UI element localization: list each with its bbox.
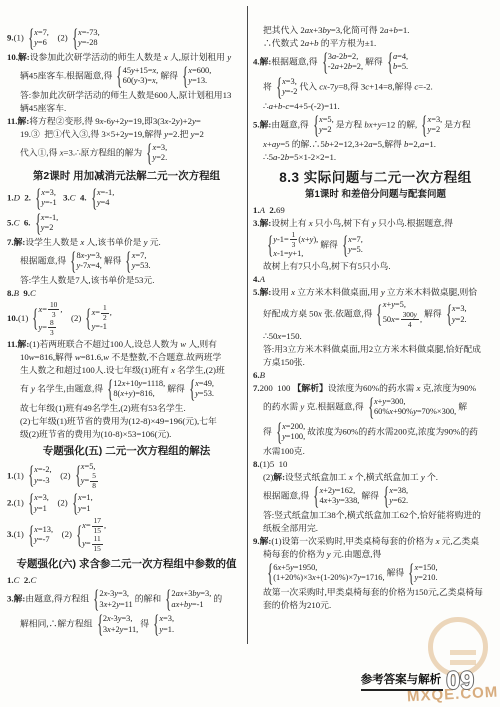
equation-line: y=1115 [82, 535, 106, 553]
equation-system: x=12,y=-1 [82, 304, 112, 333]
text-run: b=5. [393, 62, 408, 71]
text-run: (1) [14, 33, 24, 43]
equation-line: 8x-y=3, [76, 251, 101, 262]
equation-line: x=5, [81, 462, 99, 473]
text-run: 将 [263, 81, 272, 91]
item-label: 2. [7, 498, 14, 508]
text-run: (1)5 10 [260, 459, 288, 469]
item-label: 1. [7, 192, 14, 202]
text-row: 故七年级(1)班有49名学生,(2)班有53名学生. [7, 402, 246, 415]
section-heading: 8.3 实际问题与二元一次方程组 [253, 171, 498, 184]
text-run: (1)设第一次采购时,甲类桌椅每套的价格为 x 元,乙类桌 [271, 536, 479, 546]
text-run: x=49, [195, 379, 214, 388]
equation-system: 45y+15=x,60(y-3)=x, [113, 65, 158, 88]
text-row: 1.D 2.x=3,y=-1 3.C 4.x=-1,y=4 [7, 186, 246, 211]
text-run: (2)七年级(1)班节省的费用为(12-8)×49=196(元),七年 [20, 416, 217, 426]
equation-line: b=5. [393, 62, 408, 73]
equation-line: y=53. [132, 261, 151, 272]
text-run: 的药水需 y 克.根据题意,得 [263, 401, 364, 411]
text-run: 根据题意,得 [271, 57, 317, 67]
text-run: 设用 x 立方米木料做桌面,用 y 立方米木料做桌腿,则恰 [271, 287, 477, 297]
text-run: y=2 [319, 125, 332, 134]
equation-line: 3a-2b=2, [328, 52, 363, 63]
text-run: 设树上有 x 只小鸟,树下有 y 只小鸟.根据题意,得 [271, 218, 453, 228]
text-row: 10.(1)x=103,y=83 (2)x=12,y=-1 [7, 300, 246, 338]
text-run: y=1115 [82, 539, 104, 548]
text-run: x=1715, [82, 521, 106, 530]
text-run: 12x+10y=1118, [113, 379, 165, 388]
item-label: 2. [24, 575, 31, 585]
text-row: ∴5a-2b=5×1-2×2=1. [253, 151, 498, 164]
text-run: A [260, 274, 265, 284]
equation-line: x=7, [348, 235, 363, 246]
item-label: 解: [260, 57, 272, 67]
text-row: 答:竖式纸盒加工38个,横式纸盒加工62个,恰好能将购进的 [253, 509, 498, 522]
equation-system: x=-1,y=4 [88, 187, 115, 210]
equation-system: x=-2,y=-3 [25, 464, 52, 487]
text-run: 把其代入 2ax+3by=3,化简可得 2a+b=1. [263, 25, 410, 35]
text-run: 答:参加此次研学活动的师生人数是600人,原计划租用13 [20, 90, 231, 100]
text-row: 10w=816,解得 w=81.6,w 不是整数,不合题意.故两班学 [7, 351, 246, 364]
equation-line: x=-2, [34, 465, 52, 476]
equation-line: 3x+2y=11, [103, 625, 138, 636]
equation-line: x=12, [92, 304, 112, 322]
text-run: C [14, 217, 24, 227]
text-run: (1) [18, 313, 28, 323]
text-run: x=1, [78, 493, 93, 502]
item-label: 【解析】 [293, 383, 328, 393]
text-row: x+ay=5 的解.∴5b+2=12,3+2a=5,解得 b=2,a=1. [253, 138, 498, 151]
text-run: x+2y=162, [319, 486, 355, 495]
equation-system: 12x+10y=1118,8(x+y)=816, [104, 378, 165, 401]
text-run: 答:用3立方米木料做桌面,用2立方米木料做桌腿,恰好配成 [263, 344, 481, 354]
fraction: 58 [90, 472, 98, 490]
equation-line: 8(x+y)=816, [113, 389, 165, 400]
text-row: 有 y 名学生,由题意,得12x+10y=1118,8(x+y)=816,解得x… [7, 377, 246, 402]
equation-line: y=5. [348, 245, 363, 256]
section-heading: 第2课时 用加减消元法解二元一次方程组 [7, 170, 246, 183]
equation-line: x=103, [39, 301, 63, 319]
equation-line: x+2y=162, [319, 486, 359, 497]
equation-line: x=200, [282, 422, 305, 433]
equation-system: x=3,y=1 [25, 492, 49, 515]
equation-system: 8x-y=3,y-7x=4, [67, 250, 102, 273]
item-label: 10. [7, 313, 18, 323]
text-run: (1+20%)×3x+(1-20%)×7y=1716, [273, 573, 384, 582]
text-run: 是方程 [444, 119, 470, 129]
fraction: 103 [48, 301, 59, 319]
text-row: 6.B [253, 369, 498, 382]
text-run: 50x=300y4, [383, 315, 422, 324]
item-label: 10. [7, 52, 18, 62]
text-run: x=103, [39, 305, 63, 314]
text-run: y=-1 [92, 322, 107, 331]
text-run: 解相同,∴解方程组 [20, 619, 93, 629]
text-run: 的解和 [135, 594, 161, 604]
equation-line: y=2 [319, 125, 334, 136]
item-label: 解: [260, 218, 272, 228]
equation-system: x=3,y=2. [143, 142, 167, 165]
equation-line: x=-1, [97, 188, 115, 199]
text-row: 椅每套的价格为 y 元.由题意,得 [253, 548, 498, 561]
text-row: 1.(1)x=-2,y=-3 (2)x=5,y=58 [7, 461, 246, 492]
text-row: 得x=200,y=100,故浓度为60%的药水需200克,浓度为90%的药 [253, 420, 498, 445]
item-label: 3. [7, 529, 14, 539]
text-row: 2.(1)x=3,y=1 (2)x=1,y=1 [7, 491, 246, 516]
equation-line: 6x+5y=1950, [273, 563, 384, 574]
text-row: 把其代入 2ax+3by=3,化简可得 2a+b=1. [253, 24, 498, 37]
text-run: y=-2 [282, 87, 297, 96]
fraction: 300y4 [401, 311, 419, 329]
text-run: 19.③ 把①代入③,得 3×5+2y=19,解得 y=2.把 y=2 [20, 129, 204, 139]
text-run: x=38, [389, 486, 408, 495]
text-row: 5.C 6.x=-1,y=2 [7, 211, 246, 236]
text-run: 解得 [104, 255, 122, 265]
equation-line: y=-28 [78, 38, 100, 49]
equation-line: x=3, [34, 493, 49, 504]
section-heading: 专题强化(六) 求含参二元一次方程组中参数的值 [7, 558, 246, 571]
text-run: ∴50x=150. [263, 331, 302, 341]
text-run: 故七年级(1)班有49名学生,(2)班有53名学生. [20, 403, 186, 413]
text-run: (2) [263, 472, 273, 482]
text-row: (2)七年级(1)班节省的费用为(12-8)×49=196(元),七年 [7, 415, 246, 428]
text-run: y=6 [34, 38, 47, 47]
text-run: y=2. [452, 315, 467, 324]
text-run: x=7, [34, 28, 49, 37]
equation-system: x+y=300,60%x+90%y=70%×300, [365, 396, 457, 419]
text-run: 45y+15=x, [123, 66, 159, 75]
footer-page-number: 09 [446, 671, 474, 691]
text-run: C [30, 288, 36, 298]
equation-line: y-7x=4, [76, 261, 101, 272]
text-run: ∴代数式 2a+b 的平方根为±1. [263, 38, 376, 48]
text-run: 解得 [424, 309, 442, 319]
text-run: 根据题意,得 [263, 490, 309, 500]
equation-line: x=3, [428, 115, 443, 126]
item-label: 9. [7, 33, 14, 43]
equation-line: y=2 [41, 223, 59, 234]
equation-line: y=-1 [92, 322, 112, 333]
text-run: 3x+2y=11 [99, 600, 132, 609]
equation-line: 12x+10y=1118, [113, 379, 165, 390]
text-run: B [14, 288, 24, 298]
text-run: y=1 [78, 504, 91, 513]
text-run: x=3, [34, 493, 49, 502]
equation-line: x=3, [41, 188, 56, 199]
item-label: 4. [253, 274, 260, 284]
fraction: 1115 [92, 535, 103, 553]
item-label: 8. [7, 288, 14, 298]
text-run: x=13, [34, 525, 53, 534]
text-row: 根据题意,得8x-y=3,y-7x=4,解得x=7,y=53. [7, 249, 246, 274]
text-row: 答:用3立方米木料做桌面,用2立方米木料做桌腿,恰好配成 [253, 343, 498, 356]
equation-line: y-1=13(x+y), [273, 231, 318, 249]
item-label: 3. [253, 218, 260, 228]
text-row: 套的价格为210元. [253, 599, 498, 612]
text-row: 11.解:(1)若两班联合不超过100人,设总人数为 w 人,则有 [7, 338, 246, 351]
text-run: 水需100克. [263, 446, 305, 456]
equation-line: x=3, [159, 614, 174, 625]
equation-system: 3a-2b=2,-2a+2b=2, [319, 51, 364, 74]
text-row: 水需100克. [253, 445, 498, 458]
text-row: 4.A [253, 273, 498, 286]
equation-system: x=13,y=-7 [25, 524, 53, 547]
text-row: 故树上有7只小鸟,树下有5只小鸟. [253, 260, 498, 273]
text-row: 辆45座客车.根据题意,得45y+15=x,60(y-3)=x,解得x=600,… [7, 64, 246, 89]
text-run: y=210. [414, 573, 437, 582]
page-footer: 参考答案与解析 09 [361, 671, 474, 691]
fraction: 83 [48, 319, 56, 337]
equation-line: x=3, [282, 77, 297, 88]
text-row: 1.A 2.69 [253, 204, 498, 217]
equation-system: x+2y=162,4x+3y=338, [310, 485, 359, 508]
section-heading: 专题强化(五) 二元一次方程组的解法 [7, 445, 246, 458]
text-run: 3x+2y=11, [103, 625, 138, 634]
text-run: 故浓度为60%的药水需200克,浓度为90%的药 [307, 426, 478, 436]
text-row: 好配成方桌 50x 张.依题意,得x+y=5,50x=300y4,解得x=3,y… [253, 299, 498, 330]
text-run: x=150, [414, 563, 437, 572]
equation-line: x=3, [452, 304, 467, 315]
watermark-stamp-icon [450, 660, 476, 665]
text-run: y=-3 [34, 476, 49, 485]
text-row: 3.解:由题意,得方程组2x-3y=3,3x+2y=11的解和2ax+3by=3… [7, 587, 246, 612]
text-run: C [70, 192, 80, 202]
text-row: 11.解:将方程②变形,得 9x-6y+2y=19,即3(3x-2y)+2y= [7, 115, 246, 128]
equation-system: x=-73,y=-28 [69, 27, 100, 50]
text-run: 好配成方桌 50x 张.依题意,得 [263, 309, 372, 319]
text-run: 2ax+3by=3, [171, 589, 211, 598]
equation-line: 2x-3y=3, [103, 614, 138, 625]
equation-system: 6x+5y=1950,(1+20%)×3x+(1-20%)×7y=1716, [264, 562, 385, 585]
equation-system: 2ax+3by=3,ax+by=-1 [162, 588, 211, 611]
item-label: 6. [253, 370, 260, 380]
text-run: x=3, [452, 304, 467, 313]
text-run: 有 y 名学生,由题意,得 [20, 383, 103, 393]
equation-line: 2ax+3by=3, [171, 589, 211, 600]
text-run: 6x+5y=1950, [273, 563, 317, 572]
text-run: x=600, [188, 66, 211, 75]
text-run: x=7, [348, 235, 363, 244]
text-run: 2x-3y=3, [103, 614, 133, 623]
text-run: x=3, [282, 77, 297, 86]
equation-line: x=3, [152, 143, 167, 154]
item-label: 解: [260, 536, 272, 546]
equation-line: x=150, [414, 563, 437, 574]
text-run: 由题意,得方程组 [25, 594, 89, 604]
text-run: 69 [276, 205, 285, 215]
section-heading: 第1课时 和差倍分问题与配套问题 [253, 188, 498, 201]
item-label: 11. [7, 339, 18, 349]
equation-system: x=7,y=6 [25, 27, 49, 50]
item-label: 4. [253, 57, 260, 67]
text-run: y=-7 [34, 535, 49, 544]
text-run: y=-1 [41, 198, 56, 207]
equation-line: x=49, [195, 379, 214, 390]
text-row: 方桌150张. [253, 356, 498, 369]
text-run: 方桌150张. [263, 357, 305, 367]
equation-line: x+y=300, [374, 397, 456, 408]
item-label: 6. [24, 217, 31, 227]
equation-line: x-1=y+1, [273, 249, 318, 260]
equation-line: y=1 [34, 504, 49, 515]
text-run: 解得 [361, 490, 379, 500]
equation-line: y=2 [428, 125, 443, 136]
text-run: 解得 [387, 567, 405, 577]
text-run: x=7, [132, 251, 147, 260]
text-row: 生人数之和超过100人.设七年级(1)班有 x 名学生,(2)班 [7, 364, 246, 377]
item-label: 3. [63, 192, 70, 202]
text-row: 3.(1)x=13,y=-7 (2)x=1715,y=1115 [7, 516, 246, 554]
text-run: 8(x+y)=816, [113, 389, 154, 398]
equation-line: y=1. [159, 625, 174, 636]
equation-line: y=62. [389, 496, 408, 507]
text-run: 4x+3y=338, [319, 496, 359, 505]
text-run: y=83 [39, 323, 57, 332]
equation-line: y=100, [282, 432, 305, 443]
text-row: 6x+5y=1950,(1+20%)×3x+(1-20%)×7y=1716,解得… [253, 561, 498, 586]
item-label: 2. [269, 205, 276, 215]
item-label: 4. [80, 192, 87, 202]
text-row: ∴50x=150. [253, 330, 498, 343]
text-run: 解 [458, 401, 467, 411]
equation-system: x=49,y=53. [186, 378, 214, 401]
equation-system: x=7,y=53. [122, 250, 150, 273]
equation-line: x=-73, [78, 28, 100, 39]
equation-line: 60(y-3)=x, [123, 76, 159, 87]
text-run: 2x-3y=3, [99, 589, 129, 598]
equation-line: y=4 [97, 198, 115, 209]
text-run: y=100, [282, 432, 305, 441]
text-row: 级(2)班节省的费用为(10-8)×53=106(元). [7, 428, 246, 441]
text-run: y=13. [188, 76, 207, 85]
text-run: 答:竖式纸盒加工38个,横式纸盒加工62个,恰好能将购进的 [263, 510, 481, 520]
text-run: x=5, [81, 462, 96, 471]
item-label: 5. [253, 119, 260, 129]
text-run: (2) [51, 33, 68, 43]
text-run: B [260, 370, 265, 380]
equation-line: 50x=300y4, [383, 311, 422, 329]
equation-line: 45y+15=x, [123, 66, 159, 77]
text-run: y=53. [132, 261, 151, 270]
equation-system: x=7,y=5. [339, 234, 363, 257]
equation-line: ax+by=-1 [171, 600, 211, 611]
text-run: x=3, [152, 143, 167, 152]
text-row: 8.(1)5 10 [253, 458, 498, 471]
text-run: 解得 [160, 70, 178, 80]
text-run: (2) [55, 529, 72, 539]
item-label: 2. [24, 192, 31, 202]
text-run: x+ay=5 的解.∴5b+2=12,3+2a=5,解得 b=2,a=1. [263, 139, 436, 149]
equation-system: x=38,y=62. [380, 485, 408, 508]
column-divider [247, 6, 248, 644]
equation-line: x=5, [319, 115, 334, 126]
text-run: (2) [51, 498, 68, 508]
text-run: y=-28 [78, 38, 98, 47]
text-run: C [14, 575, 24, 585]
text-run: x+y=5, [383, 300, 406, 309]
text-run: 代入①,得 x=3.∴原方程组的解为 [20, 147, 142, 157]
text-run: x=5, [319, 115, 334, 124]
text-run: y=4 [97, 198, 110, 207]
text-row: 故第一次采购时,甲类桌椅每套的价格为150元,乙类桌椅每 [253, 586, 498, 599]
text-run: 得 [140, 619, 149, 629]
text-run: x=-2, [34, 465, 52, 474]
item-label: 1. [7, 470, 14, 480]
text-run: 设竖式纸盒加工 x 个,横式纸盒加工 y 个. [285, 472, 438, 482]
text-run: 60%x+90%y=70%×300, [374, 407, 456, 416]
item-label: 解: [273, 472, 285, 482]
text-run: y=58 [81, 476, 99, 485]
text-run: x=3, [159, 614, 174, 623]
fraction: 12 [101, 304, 109, 322]
equation-system: x=3,y=1. [150, 613, 174, 636]
text-run: (1)若两班联合不超过100人,设总人数为 w 人,则有 [29, 339, 217, 349]
equation-line: y=58 [81, 472, 99, 490]
text-run: ∴a+b-c=4+5-(-2)=11. [263, 101, 340, 111]
text-row: 纸板全部用完. [253, 522, 498, 535]
text-row: 8.B 9.C [7, 287, 246, 300]
text-row: 19.③ 把①代入③,得 3×5+2y=19,解得 y=2.把 y=2 [7, 128, 246, 141]
equation-line: a=4, [393, 52, 408, 63]
text-run: y=2 [41, 223, 54, 232]
item-label: 解: [18, 52, 30, 62]
equation-line: y=13. [188, 76, 211, 87]
text-run: 套的价格为210元. [263, 600, 331, 610]
equation-line: x=13, [34, 525, 53, 536]
equation-system: x=600,y=13. [179, 65, 211, 88]
text-run: x=12, [92, 308, 112, 317]
text-row: (2)解:设竖式纸盒加工 x 个,横式纸盒加工 y 个. [253, 471, 498, 484]
item-label: 11. [7, 116, 18, 126]
item-label: 解: [18, 116, 30, 126]
text-run: 10w=816,解得 w=81.6,w 不是整数,不合题意.故两班学 [20, 352, 221, 362]
text-run: ∴5a-2b=5×1-2×2=1. [263, 152, 336, 162]
item-label: 3. [7, 594, 14, 604]
equation-system: 2x-3y=3,3x+2y=11 [90, 588, 133, 611]
text-row: ∴代数式 2a+b 的平方根为±1. [253, 37, 498, 50]
text-run: 解得 [167, 383, 185, 393]
text-run: x=200, [282, 422, 305, 431]
text-run: x=-73, [78, 28, 100, 37]
text-run: x+y=300, [374, 397, 406, 406]
equation-system: x=1715,y=1115 [73, 517, 106, 553]
text-row: 4.解:根据题意,得3a-2b=2,-2a+2b=2,解得a=4,b=5. [253, 50, 498, 75]
equation-system: x=3,y=-2 [273, 76, 298, 99]
text-run: y=53. [195, 389, 214, 398]
item-label: 7. [253, 383, 260, 393]
text-run: x-1=y+1, [273, 249, 303, 258]
text-run: C [31, 575, 37, 585]
text-row: 5.解:设用 x 立方米木料做桌面,用 y 立方米木料做桌腿,则恰 [253, 286, 498, 299]
equation-line: x=38, [389, 486, 408, 497]
equation-system: x=3,y=2 [418, 114, 442, 137]
text-run: 解得 [365, 57, 383, 67]
text-row: 9.解:(1)设第一次采购时,甲类桌椅每套的价格为 x 元,乙类桌 [253, 535, 498, 548]
text-run: 辆45座客车. [20, 103, 66, 113]
equation-system: y-1=13(x+y),x-1=y+1, [264, 231, 318, 260]
equation-system: x=3,y=2. [443, 303, 467, 326]
equation-line: 60%x+90%y=70%×300, [374, 407, 456, 418]
equation-line: y=-3 [34, 476, 52, 487]
equation-line: x=1715, [82, 517, 106, 535]
equation-system: x=-1,y=2 [32, 212, 59, 235]
text-run: y=1. [159, 625, 174, 634]
text-run: 解得 [320, 239, 338, 249]
equation-system: x=3,y=-1 [32, 187, 57, 210]
footer-label: 参考答案与解析 [361, 671, 444, 691]
text-run: 将方程②变形,得 9x-6y+2y=19,即3(3x-2y)+2y= [29, 116, 201, 126]
text-run: y=1 [34, 504, 47, 513]
